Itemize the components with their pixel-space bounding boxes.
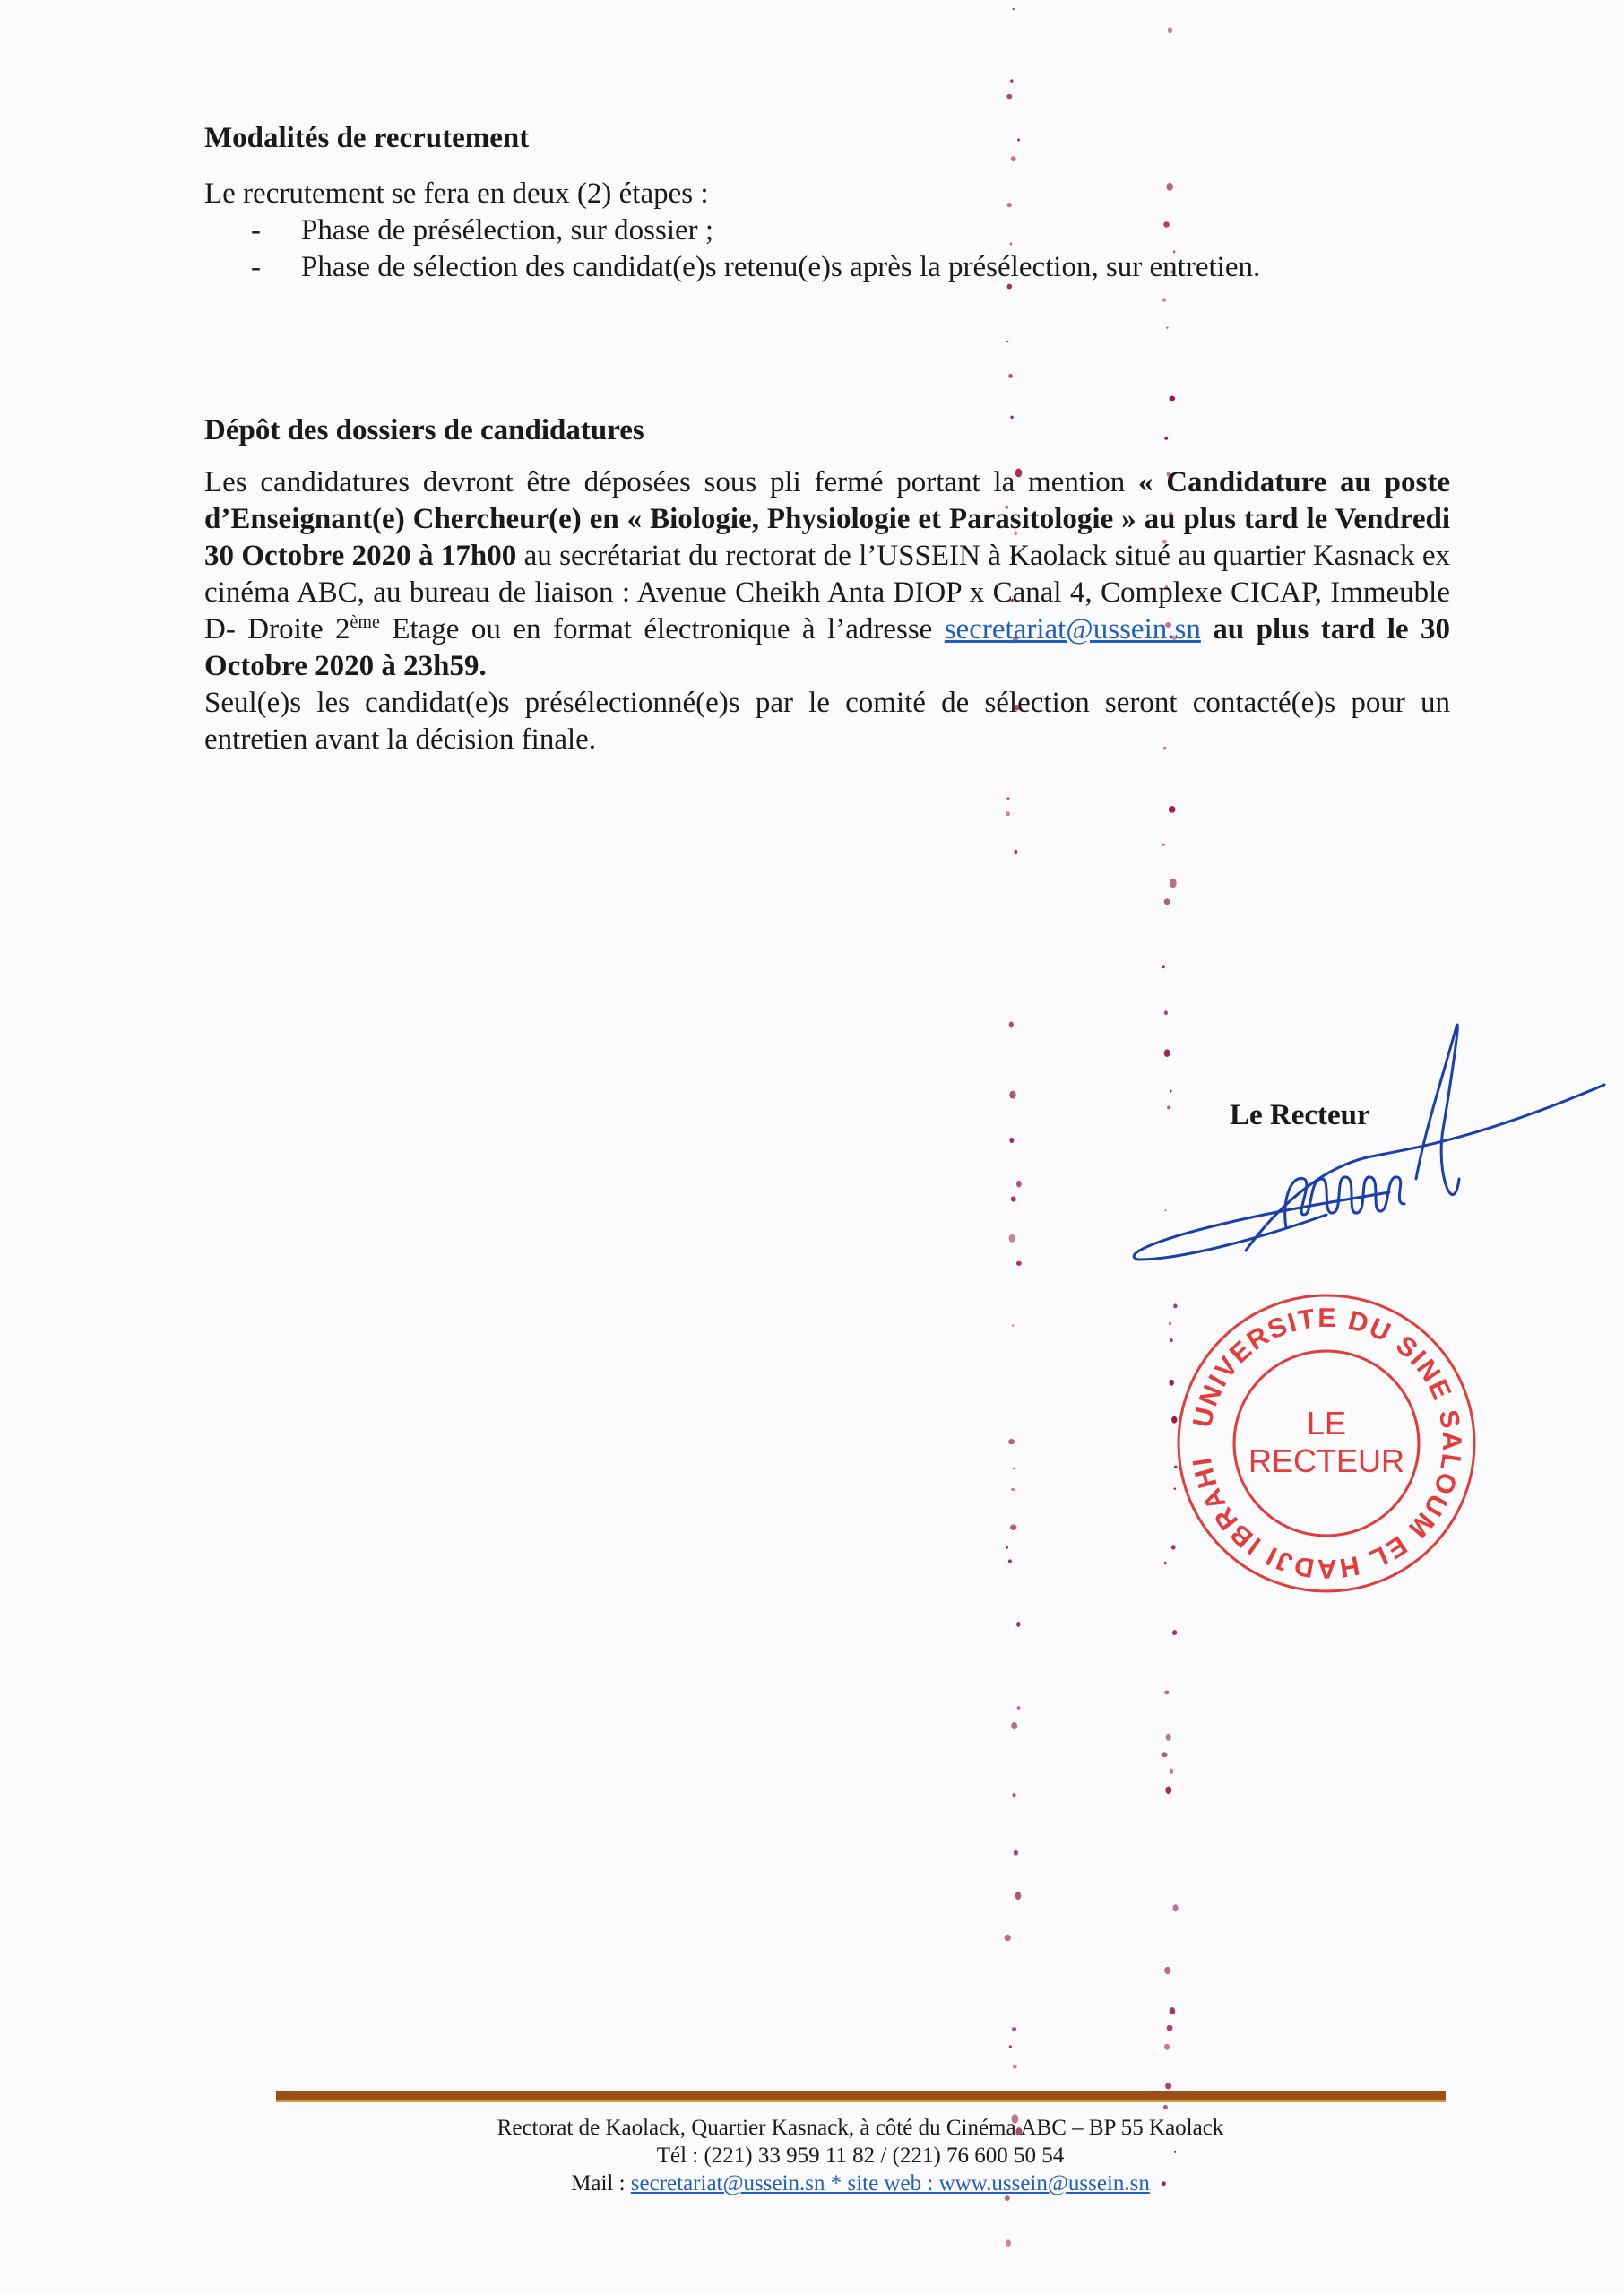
recruitment-intro: Le recrutement se fera en deux (2) étape…: [204, 176, 1450, 212]
footer-divider: [276, 2091, 1446, 2102]
footer-contact: Mail : secretariat@ussein.sn * site web …: [269, 2169, 1452, 2197]
stamp-inner-line2: RECTEUR: [1248, 1442, 1404, 1479]
list-item: -Phase de sélection des candidat(e)s ret…: [204, 249, 1260, 286]
section-title-recruitment: Modalités de recrutement: [204, 122, 529, 155]
signature-scribble-icon: [1102, 1022, 1622, 1282]
section-title-deposit: Dépôt des dossiers de candidatures: [204, 414, 644, 447]
footer-address: Rectorat de Kaolack, Quartier Kasnack, à…: [269, 2114, 1452, 2142]
deposit-paragraph: Les candidatures devront être déposées s…: [204, 464, 1450, 758]
stamp-inner-line1: LE: [1307, 1405, 1346, 1442]
deposit-note: Seul(e)s les candidat(e)s présélectionné…: [204, 687, 1450, 756]
list-item: -Phase de présélection, sur dossier ;: [204, 212, 1260, 249]
footer-phone: Tél : (221) 33 959 11 82 / (221) 76 600 …: [269, 2142, 1452, 2169]
recruitment-steps-list: -Phase de présélection, sur dossier ; -P…: [204, 212, 1260, 286]
document-page: Modalités de recrutement Le recrutement …: [0, 0, 1624, 2295]
footer-email-link[interactable]: secretariat@ussein.sn * site web : www.u…: [631, 2171, 1150, 2195]
email-link[interactable]: secretariat@ussein.sn: [945, 613, 1201, 645]
signatory-title: Le Recteur: [1230, 1099, 1370, 1132]
official-stamp-icon: UNIVERSITE DU SINE SALOUM EL HADJI IBRAH…: [1156, 1273, 1497, 1614]
footer: Rectorat de Kaolack, Quartier Kasnack, à…: [269, 2114, 1452, 2197]
